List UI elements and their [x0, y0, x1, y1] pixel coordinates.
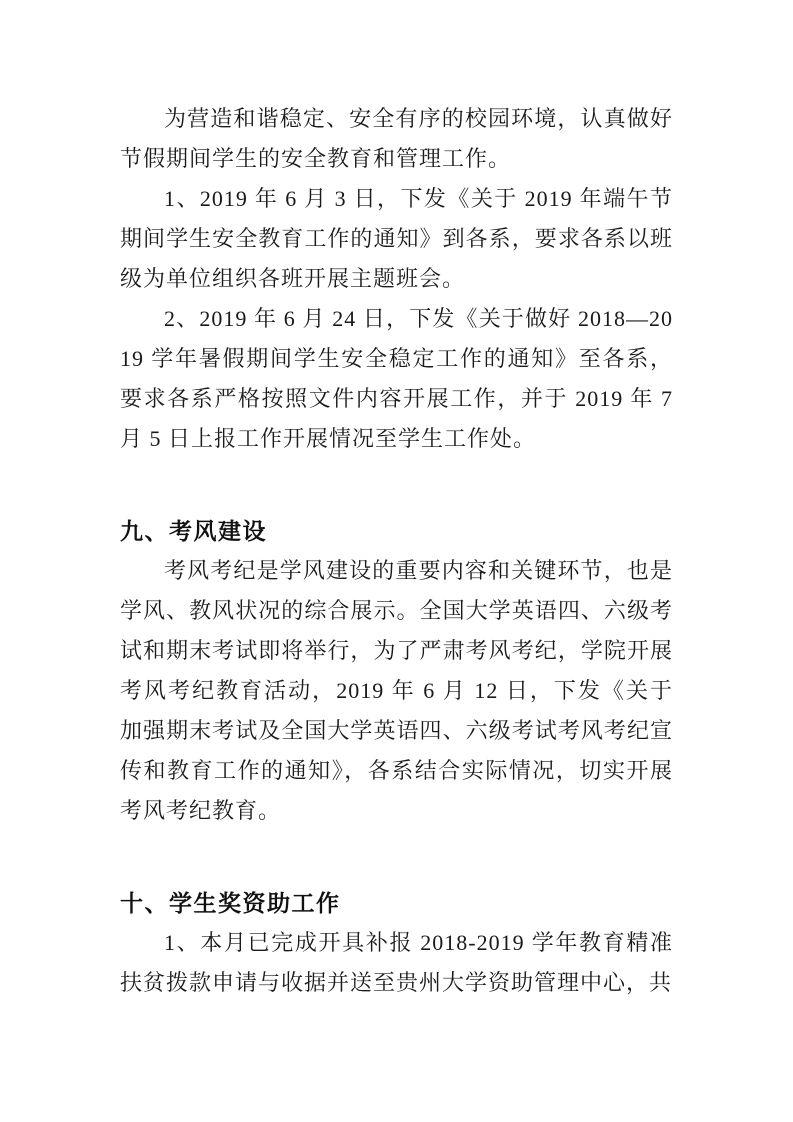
paragraph-holiday-safety-item-2: 2、2019 年 6 月 24 日，下发《关于做好 2018—2019 学年暑假… [120, 299, 673, 459]
section-exam-discipline: 九、考风建设 考风考纪是学风建设的重要内容和关键环节，也是学风、教风状况的综合展… [120, 511, 673, 831]
section-heading-student-aid: 十、学生奖资助工作 [120, 883, 673, 923]
section-student-aid: 十、学生奖资助工作 1、本月已完成开具补报 2018-2019 学年教育精准扶贫… [120, 883, 673, 1003]
paragraph-exam-discipline: 考风考纪是学风建设的重要内容和关键环节，也是学风、教风状况的综合展示。全国大学英… [120, 551, 673, 831]
section-holiday-safety: 为营造和谐稳定、安全有序的校园环境，认真做好节假期间学生的安全教育和管理工作。 … [120, 99, 673, 459]
paragraph-holiday-safety-intro: 为营造和谐稳定、安全有序的校园环境，认真做好节假期间学生的安全教育和管理工作。 [120, 99, 673, 179]
section-heading-exam-discipline: 九、考风建设 [120, 511, 673, 551]
paragraph-student-aid-item-1: 1、本月已完成开具补报 2018-2019 学年教育精准扶贫拨款申请与收据并送至… [120, 923, 673, 1003]
paragraph-holiday-safety-item-1: 1、2019 年 6 月 3 日，下发《关于 2019 年端午节期间学生安全教育… [120, 179, 673, 299]
document-page: 为营造和谐稳定、安全有序的校园环境，认真做好节假期间学生的安全教育和管理工作。 … [0, 0, 793, 1122]
